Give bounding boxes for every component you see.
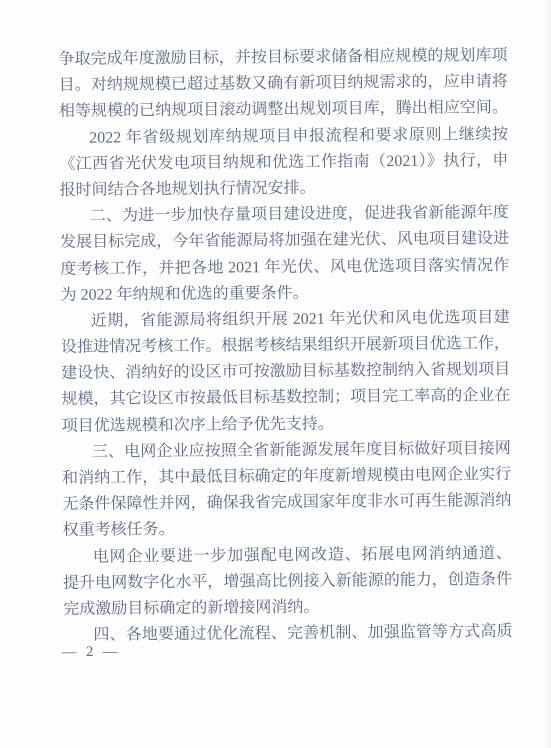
document-line: 设推进情况考核工作。根据考核结果组织开展新项目优选工作， — [61, 331, 510, 361]
document-line: 2022 年省级规划库纳规项目申报流程和要求原则上继续按 — [59, 122, 508, 152]
document-line: 相等规模的已纳规项目滚动调整出规划项目库，腾出相应空间。 — [59, 95, 508, 125]
page-number: — 2 — — [62, 644, 121, 662]
document-line: 四、各地要通过优化流程、完善机制、加强监管等方式高质 — [63, 619, 512, 649]
document-line: 规模，其它设区市按最低目标基数控制；项目完工率高的企业在 — [61, 383, 510, 413]
document-line: 目。对纳规规模已超过基数又确有新项目纳规需求的，应申请将 — [59, 69, 508, 99]
document-line: 电网企业要进一步加强配电网改造、拓展电网消纳通道、 — [63, 541, 512, 571]
document-line: 发展目标完成，今年省能源局将加强在建光伏、风电项目建设进 — [60, 226, 509, 256]
document-line: 建设快、消纳好的设区市可按激励目标基数控制纳入省规划项目 — [61, 357, 510, 387]
document-line: 完成激励目标确定的新增接网消纳。 — [63, 593, 512, 623]
document-line: 三、电网企业应按照全省新能源发展年度目标做好项目接网 — [62, 436, 511, 466]
document-line: 近期，省能源局将组织开展 2021 年光伏和风电优选项目建 — [61, 305, 510, 335]
document-line: 为 2022 年纳规和优选的重要条件。 — [60, 279, 509, 309]
document-line: 《江西省光伏发电项目纳规和优选工作指南（2021）》执行，申 — [59, 148, 508, 178]
document-line: 报时间结合各地规划执行情况安排。 — [60, 174, 509, 204]
document-body: 争取完成年度激励目标，并按目标要求储备相应规模的规划库项目。对纳规规模已超过基数… — [58, 43, 512, 649]
document-line: 和消纳工作，其中最低目标确定的年度新增规模由电网企业实行 — [62, 462, 511, 492]
document-page: 争取完成年度激励目标，并按目标要求储备相应规模的规划库项目。对纳规规模已超过基数… — [0, 0, 551, 748]
document-line: 提升电网数字化水平，增强高比例接入新能源的能力，创造条件 — [63, 567, 512, 597]
document-line: 度考核工作，并把各地 2021 年光伏、风电优选项目落实情况作 — [60, 253, 509, 283]
document-line: 二、为进一步加快存量项目建设进度，促进我省新能源年度 — [60, 200, 509, 230]
document-line: 项目优选规模和次序上给予优先支持。 — [62, 410, 511, 440]
document-line: 权重考核任务。 — [62, 514, 511, 544]
document-line: 争取完成年度激励目标，并按目标要求储备相应规模的规划库项 — [58, 43, 507, 73]
document-line: 无条件保障性并网，确保我省完成国家年度非水可再生能源消纳 — [62, 488, 511, 518]
scan-edge-shadow — [544, 0, 551, 748]
